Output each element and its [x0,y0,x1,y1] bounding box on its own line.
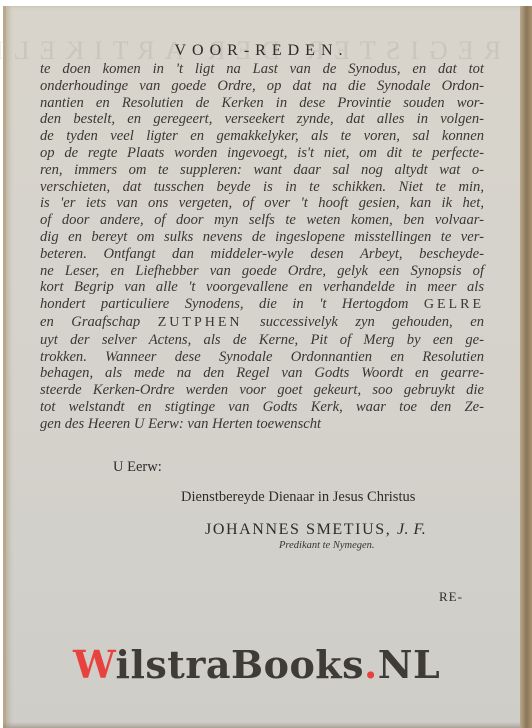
place-name: GELRE [424,297,484,312]
text-segment: kort Begrip van alle 't voorgevallene en… [40,279,484,295]
text-segment: ne Leser, en Liefhebber van goede Ordre,… [40,263,484,279]
text-line: behagen, als mede na den Regel van Godts… [40,365,484,382]
page-edge [520,6,532,728]
text-segment: behagen, als mede na den Regel van Godts… [40,365,484,381]
text-segment: gen des Heeren U Eerw: van Herten toewen… [40,416,321,432]
signature: JOHANNES SMETIUS, J. F. [205,521,426,539]
text-segment: steerde Kerken-Ordre werden voor goet ge… [40,382,484,398]
running-head: VOOR-REDEN. [3,42,520,60]
text-line: ren, immers om te suppleren: want daar s… [40,162,484,179]
text-segment: successivelyk zyn gehouden, en [243,314,484,330]
signature-suffix: J. F. [397,521,426,538]
salutation: U Eerw: [113,459,162,476]
text-line: is 'er iets van ons vergeten, of over 't… [40,195,484,212]
text-segment: uyt der selver Actens, als de Kerne, Pit… [40,332,484,348]
text-line: verschieten, dat tusschen beyde is in te… [40,179,484,196]
text-segment: de tyden veel ligter en gemakkelyker, al… [40,128,484,144]
text-segment: tot welstandt en stigtinge van Godts Ker… [40,399,484,415]
text-segment: en Graafschap [40,314,158,330]
text-line: of door andere, of door myn selfs te wet… [40,212,484,229]
text-segment: hondert particuliere Synodens, die in 't… [40,296,424,312]
place-name: ZUTPHEN [158,315,243,330]
text-segment: verschieten, dat tusschen beyde is in te… [40,179,484,195]
text-line: beteren. Ontfangt dan middeler-wyle dese… [40,246,484,263]
text-segment: te doen komen in 't ligt na Last van de … [40,61,484,77]
text-segment: beteren. Ontfangt dan middeler-wyle dese… [40,246,484,262]
text-line: gen des Heeren U Eerw: van Herten toewen… [40,416,484,433]
text-segment: onderhoudinge van goede Ordre, op dat na… [40,78,484,94]
text-line: den bestelt, en geregeert, verseekert zy… [40,111,484,128]
book-page: REGISTER DER ARTIKELEN VOOR-REDEN. te do… [3,6,520,728]
text-line: hondert particuliere Synodens, die in 't… [40,296,484,314]
text-line: nantien en Resolutien de Kerken in dese … [40,95,484,112]
text-segment: is 'er iets van ons vergeten, of over 't… [40,195,484,211]
text-line: onderhoudinge van goede Ordre, op dat na… [40,78,484,95]
watermark-name: ilstraBooks [116,642,365,687]
text-line: uyt der selver Actens, als de Kerne, Pit… [40,332,484,349]
closing-line: Dienstbereyde Dienaar in Jesus Christus [181,489,415,506]
text-segment: den bestelt, en geregeert, verseekert zy… [40,111,484,127]
text-segment: op de regte Plaats worden ingevoegt, is'… [40,145,484,161]
text-line: te doen komen in 't ligt na Last van de … [40,61,484,78]
text-segment: ren, immers om te suppleren: want daar s… [40,162,484,178]
preface-body-text: te doen komen in 't ligt na Last van de … [40,61,484,433]
text-segment: of door andere, of door myn selfs te wet… [40,212,484,228]
photo-frame: REGISTER DER ARTIKELEN VOOR-REDEN. te do… [0,0,532,728]
text-line: dig en bereyt om sulks nevens de ingeslo… [40,229,484,246]
text-line: ne Leser, en Liefhebber van goede Ordre,… [40,263,484,280]
text-line: kort Begrip van alle 't voorgevallene en… [40,279,484,296]
text-segment: nantien en Resolutien de Kerken in dese … [40,95,484,111]
page-bottom-shadow [3,722,520,728]
text-line: tot welstandt en stigtinge van Godts Ker… [40,399,484,416]
watermark-tld: NL [378,642,440,687]
catchword: RE- [439,589,463,605]
text-line: steerde Kerken-Ordre werden voor goet ge… [40,382,484,399]
signature-title: Predikant te Nymegen. [279,540,375,551]
text-line: de tyden veel ligter en gemakkelyker, al… [40,128,484,145]
watermark-initial: W [73,642,116,687]
watermark-logo: WilstraBooks.NL [73,642,440,687]
text-line: trokken. Wanneer dese Synodale Ordonnant… [40,349,484,366]
text-line: op de regte Plaats worden ingevoegt, is'… [40,145,484,162]
text-segment: dig en bereyt om sulks nevens de ingeslo… [40,229,484,245]
watermark-dot: . [364,642,378,687]
signature-name: JOHANNES SMETIUS, [205,521,391,538]
text-line: en Graafschap ZUTPHEN successivelyk zyn … [40,314,484,332]
text-segment: trokken. Wanneer dese Synodale Ordonnant… [40,349,484,365]
